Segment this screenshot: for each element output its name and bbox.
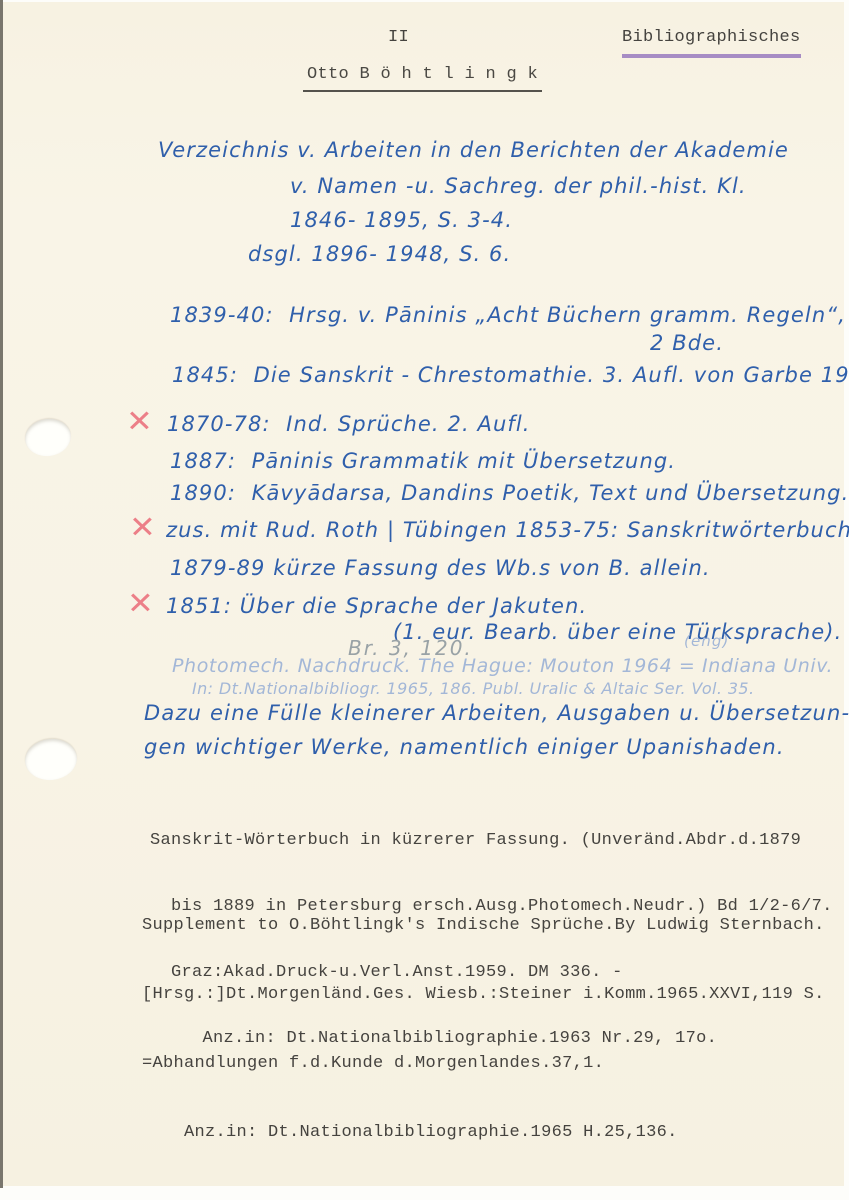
bibliography-entry: 1887: Pāninis Grammatik mit Übersetzung.	[170, 449, 676, 473]
red-cross-mark-icon: ✕	[127, 585, 154, 621]
page-number: II	[388, 27, 409, 49]
section-label: Bibliographisches	[622, 27, 801, 58]
scan-edge-shadow	[0, 0, 3, 1188]
handwritten-intro-line: v. Namen -u. Sachreg. der phil.-hist. Kl…	[290, 174, 747, 198]
page-title: Otto B ö h t l i n g k	[303, 64, 542, 92]
faint-annotation-line: Photomech. Nachdruck. The Hague: Mouton …	[172, 655, 833, 677]
bibliography-entry: 1845: Die Sanskrit - Chrestomathie. 3. A…	[172, 363, 849, 387]
bibliography-entry: 1851: Über die Sprache der Jakuten.	[166, 594, 587, 618]
red-cross-mark-icon: ✕	[129, 509, 156, 545]
bibliography-entry: 1870-78: Ind. Sprüche. 2. Aufl.	[167, 412, 531, 436]
scanned-document-page: II Bibliographisches Otto B ö h t l i n …	[0, 0, 849, 1200]
typed-entry-supplement-sternbach: Supplement to O.Böhtlingk's Indische Spr…	[142, 868, 825, 1190]
handwritten-intro-line: dsgl. 1896- 1948, S. 6.	[248, 242, 511, 266]
bibliography-entry: 1839-40: Hrsg. v. Pāninis „Acht Büchern …	[170, 303, 846, 327]
typed-line: Supplement to O.Böhtlingk's Indische Spr…	[142, 914, 825, 937]
red-cross-mark-icon: ✕	[126, 403, 153, 439]
typed-line: [Hrsg.:]Dt.Morgenländ.Ges. Wiesb.:Steine…	[142, 983, 825, 1006]
handwritten-closing-line: gen wichtiger Werke, namentlich einiger …	[144, 735, 785, 759]
faint-annotation-line: In: Dt.Nationalbibliogr. 1965, 186. Publ…	[192, 679, 755, 698]
typed-line: =Abhandlungen f.d.Kunde d.Morgenlandes.3…	[142, 1052, 825, 1075]
typed-line: Sanskrit-Wörterbuch in küzrerer Fassung.…	[150, 830, 833, 852]
handwritten-intro-line: 1846- 1895, S. 3-4.	[290, 208, 513, 232]
bibliography-entry: 1879-89 kürze Fassung des Wb.s von B. al…	[170, 556, 711, 580]
faint-annotation-superscript: (eng)	[684, 632, 729, 650]
bibliography-entry: zus. mit Rud. Roth | Tübingen 1853-75: S…	[166, 518, 849, 542]
bibliography-entry: 1890: Kāvyādarsa, Dandins Poetik, Text u…	[170, 481, 849, 505]
bibliography-entry-subline: 2 Bde.	[650, 331, 724, 355]
handwritten-intro-line: Verzeichnis v. Arbeiten in den Berichten…	[158, 138, 789, 162]
typed-line: Anz.in: Dt.Nationalbibliographie.1965 H.…	[142, 1121, 825, 1144]
handwritten-closing-line: Dazu eine Fülle kleinerer Arbeiten, Ausg…	[144, 701, 849, 725]
